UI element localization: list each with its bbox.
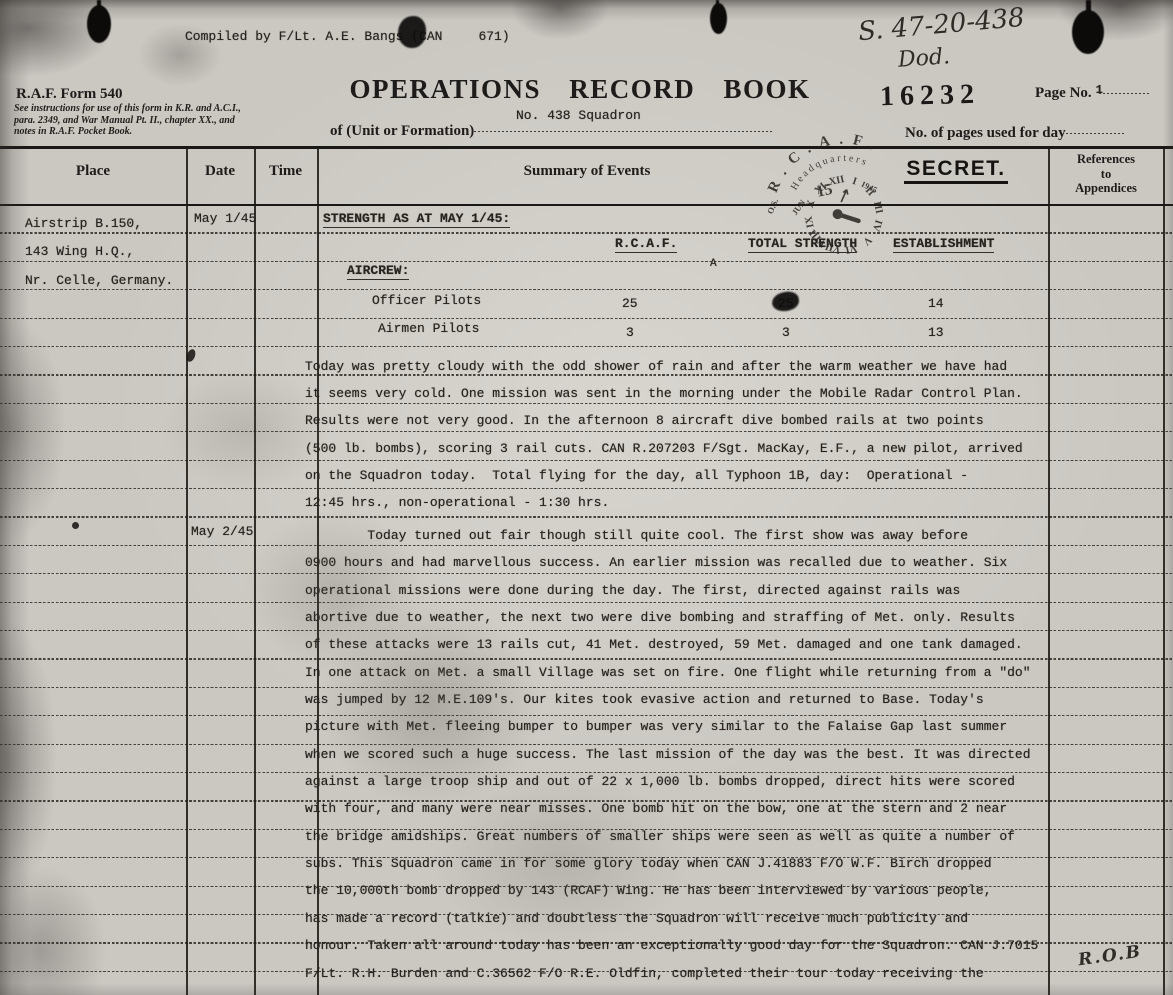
strength-row-label: Officer Pilots bbox=[372, 293, 481, 308]
text-line: when we scored such a huge success. The … bbox=[305, 741, 1053, 768]
compiled-by-right: 671) bbox=[478, 29, 509, 44]
text-line: to bbox=[1050, 167, 1162, 182]
header-top-rule bbox=[0, 146, 1173, 149]
page-title: OPERATIONS RECORD BOOK bbox=[300, 74, 860, 105]
strength-establishment-value: 14 bbox=[928, 296, 944, 311]
text-line: Today turned out fair though still quite… bbox=[305, 522, 1053, 549]
punch-hole-mark bbox=[1072, 10, 1104, 54]
aircrew-heading: AIRCREW: bbox=[347, 263, 409, 280]
stamp-numeral: IX bbox=[803, 215, 816, 229]
place-entry: Airstrip B.150,143 Wing H.Q.,Nr. Celle, … bbox=[25, 210, 173, 295]
handwritten-initials: Dod. bbox=[897, 44, 951, 73]
text-line: the 10,000th bomb dropped by 143 (RCAF) … bbox=[305, 877, 1053, 904]
ruled-line bbox=[0, 232, 1173, 233]
text-line: Results were not very good. In the after… bbox=[305, 407, 1047, 434]
text-line: F/Lt. R.H. Burden and C.36562 F/O R.E. O… bbox=[305, 960, 1053, 987]
pages-used-label: No. of pages used for day bbox=[905, 125, 1066, 141]
unit-formation-fill-line bbox=[474, 131, 774, 132]
entry-date-may2: May 2/45 bbox=[191, 524, 253, 539]
text-line: Nr. Celle, Germany. bbox=[25, 267, 173, 295]
strength-establishment-value: 13 bbox=[928, 325, 944, 340]
column-line-date-time bbox=[254, 147, 256, 995]
strength-col-total: TOTAL STRENGTH bbox=[748, 236, 857, 253]
text-line: subs. This Squadron came in for some glo… bbox=[305, 850, 1053, 877]
pages-used-fill-line bbox=[1066, 133, 1124, 134]
text-line: Today was pretty cloudy with the odd sho… bbox=[305, 353, 1047, 380]
ruled-line bbox=[0, 318, 1173, 319]
text-line: against a large troop ship and out of 22… bbox=[305, 768, 1053, 795]
text-line: it seems very cold. One mission was sent… bbox=[305, 380, 1047, 407]
text-line: operational missions were done during th… bbox=[305, 577, 1053, 604]
strength-col-establishment: ESTABLISHMENT bbox=[893, 236, 994, 253]
stamp-numeral: IV bbox=[870, 218, 884, 233]
text-line: (500 lb. bombs), scoring 3 rail cuts. CA… bbox=[305, 435, 1047, 462]
ruled-line bbox=[0, 346, 1173, 347]
column-header-summary: Summary of Events bbox=[317, 163, 857, 180]
strength-row-label: Airmen Pilots bbox=[378, 321, 479, 336]
unit-formation-label: of (Unit or Formation) bbox=[330, 123, 774, 140]
strength-heading: STRENGTH AS AT MAY 1/45: bbox=[323, 211, 510, 228]
stamp-os-text: O.S. bbox=[765, 197, 780, 215]
ruled-line bbox=[0, 289, 1173, 290]
column-header-date: Date bbox=[186, 163, 254, 180]
page-number-value: 1 bbox=[1096, 83, 1103, 97]
text-line: notes in R.A.F. Pocket Book. bbox=[14, 126, 274, 138]
stamp-numeral: V bbox=[860, 234, 873, 248]
log-paragraph-may1: Today was pretty cloudy with the odd sho… bbox=[305, 353, 1047, 516]
text-line: with four, and many were near misses. On… bbox=[305, 795, 1053, 822]
strength-rcaf-value: 3 bbox=[626, 325, 634, 340]
text-line: References bbox=[1050, 152, 1162, 167]
strength-total-value: 3 bbox=[782, 325, 790, 340]
text-line: 143 Wing H.Q., bbox=[25, 238, 173, 266]
text-line: Airstrip B.150, bbox=[25, 210, 173, 238]
text-line: para. 2349, and War Manual Pt. II., chap… bbox=[14, 115, 274, 127]
pages-used: No. of pages used for day bbox=[905, 125, 1124, 142]
right-edge-line bbox=[1163, 147, 1165, 995]
page-number: Page No.1 bbox=[1035, 85, 1151, 102]
operations-record-book-page: Compiled by F/Lt. A.E. Bangs (CAN671) S.… bbox=[0, 0, 1173, 995]
text-line: on the Squadron today. Total flying for … bbox=[305, 462, 1047, 489]
column-header-time: Time bbox=[254, 163, 317, 180]
strength-rcaf-value: 25 bbox=[622, 296, 638, 311]
text-line: has made a record (talkie) and doubtless… bbox=[305, 905, 1053, 932]
column-header-place: Place bbox=[0, 163, 186, 180]
punch-hole-mark bbox=[710, 3, 727, 34]
text-line: 12:45 hrs., non-operational - 1:30 hrs. bbox=[305, 489, 1047, 516]
serial-stamp: 16232 bbox=[880, 79, 981, 114]
column-line-place-date bbox=[186, 147, 188, 995]
text-line: abortive due to weather, the next two we… bbox=[305, 604, 1053, 631]
compiled-by-line: Compiled by F/Lt. A.E. Bangs (CAN671) bbox=[185, 29, 510, 44]
log-paragraph-may2: Today turned out fair though still quite… bbox=[305, 522, 1053, 987]
page-number-fill-line bbox=[1099, 93, 1151, 94]
text-line: the bridge amidships. Great numbers of s… bbox=[305, 823, 1053, 850]
ruled-line bbox=[0, 261, 1173, 262]
unit-formation-text: of (Unit or Formation) bbox=[330, 123, 474, 139]
strength-col-rcaf: R.C.A.F. bbox=[615, 236, 677, 253]
ruled-line bbox=[0, 516, 1173, 517]
header-bottom-rule bbox=[0, 204, 1173, 206]
text-line: picture with Met. fleeing bumper to bump… bbox=[305, 713, 1053, 740]
ink-speck bbox=[72, 522, 79, 529]
secret-text: SECRET. bbox=[904, 157, 1007, 184]
text-line: Appendices bbox=[1050, 181, 1162, 196]
text-line: 0900 hours and had marvellous success. A… bbox=[305, 549, 1053, 576]
stamp-numeral: III bbox=[871, 200, 884, 214]
page-number-label: Page No. bbox=[1035, 85, 1092, 101]
text-line: was jumped by 12 M.E.109's. Our kites to… bbox=[305, 686, 1053, 713]
column-header-references: ReferencestoAppendices bbox=[1050, 152, 1162, 196]
text-line: See instructions for use of this form in… bbox=[14, 103, 274, 115]
stamp-numeral: X bbox=[805, 198, 818, 209]
form-instructions: See instructions for use of this form in… bbox=[14, 103, 274, 138]
text-line: of these attacks were 13 rails cut, 41 M… bbox=[305, 631, 1053, 658]
squadron-number: No. 438 Squadron bbox=[516, 108, 641, 123]
handwritten-file-number: S. 47-20-438 bbox=[857, 3, 1026, 47]
entry-date-may1: May 1/45 bbox=[194, 211, 256, 226]
stray-type-mark: A bbox=[710, 258, 717, 270]
form-number: R.A.F. Form 540 bbox=[16, 86, 123, 103]
text-line: In one attack on Met. a small Village wa… bbox=[305, 659, 1053, 686]
ink-blot bbox=[398, 16, 426, 48]
secret-classification: SECRET. bbox=[880, 157, 1032, 181]
text-line: honour. Taken all around today has been … bbox=[305, 932, 1053, 959]
punch-hole-mark bbox=[87, 5, 111, 43]
